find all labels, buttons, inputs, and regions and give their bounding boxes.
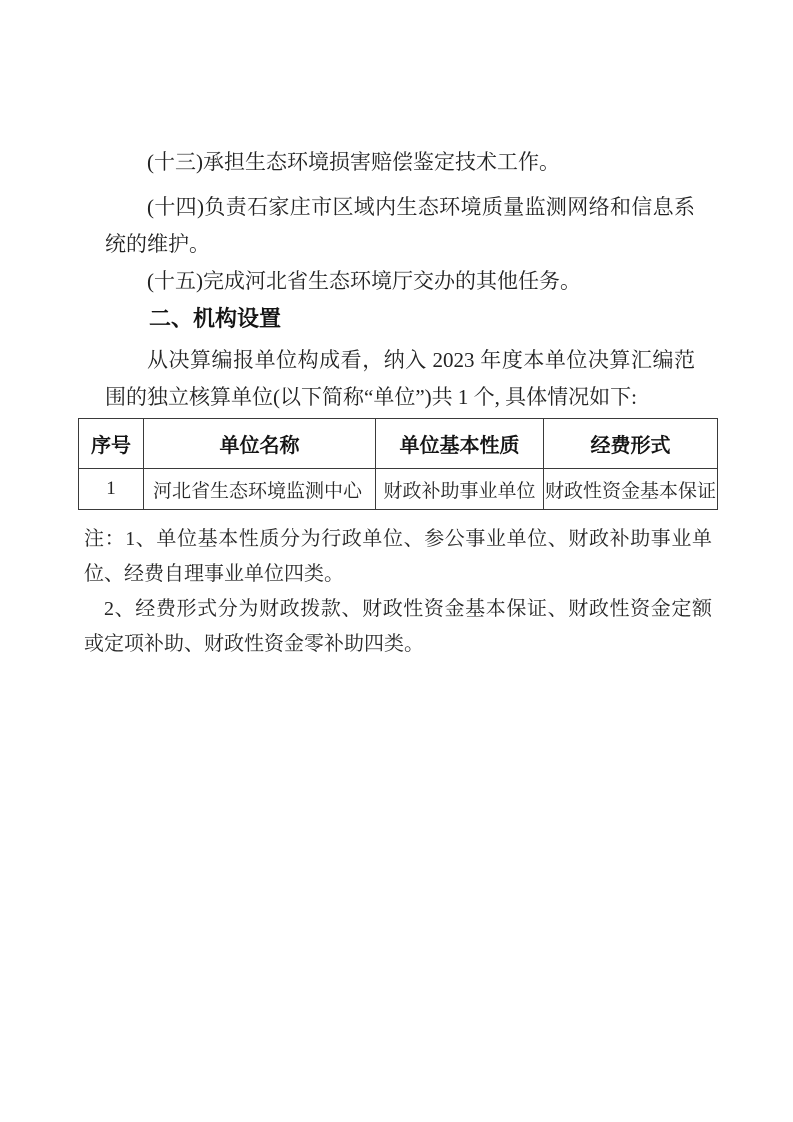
intro-paragraph: 从决算编报单位构成看，纳入 2023 年度本单位决算汇编范围的独立核算单位(以下…: [105, 342, 695, 416]
table-header-seq: 序号: [79, 419, 144, 469]
paragraph-item-13: (十三)承担生态环境损害赔偿鉴定技术工作。: [105, 144, 695, 181]
document-content: (十三)承担生态环境损害赔偿鉴定技术工作。 (十四)负责石家庄市区域内生态环境质…: [105, 144, 695, 662]
note-2: 2、经费形式分为财政拨款、财政性资金基本保证、财政性资金定额或定项补助、财政性资…: [84, 592, 712, 662]
table-notes: 注：1、单位基本性质分为行政单位、参公事业单位、财政补助事业单位、经费自理事业单…: [84, 522, 712, 662]
table-header-row: 序号 单位名称 单位基本性质 经费形式: [79, 419, 718, 469]
paragraph-item-15: (十五)完成河北省生态环境厅交办的其他任务。: [105, 263, 695, 300]
paragraph-item-14: (十四)负责石家庄市区域内生态环境质量监测网络和信息系统的维护。: [105, 189, 695, 263]
table-cell-funding-form: 财政性资金基本保证: [544, 469, 718, 510]
table-row: 1 河北省生态环境监测中心 财政补助事业单位 财政性资金基本保证: [79, 469, 718, 510]
table-cell-unit-name: 河北省生态环境监测中心: [144, 469, 376, 510]
table-header-funding-form: 经费形式: [544, 419, 718, 469]
table-cell-seq: 1: [79, 469, 144, 510]
section-heading-org-setup: 二、机构设置: [105, 300, 695, 337]
units-table: 序号 单位名称 单位基本性质 经费形式 1 河北省生态环境监测中心 财政补助事业…: [78, 418, 718, 510]
table-header-unit-nature: 单位基本性质: [376, 419, 544, 469]
table-header-unit-name: 单位名称: [144, 419, 376, 469]
note-1: 注：1、单位基本性质分为行政单位、参公事业单位、财政补助事业单位、经费自理事业单…: [84, 522, 712, 592]
table-cell-unit-nature: 财政补助事业单位: [376, 469, 544, 510]
document-page: (十三)承担生态环境损害赔偿鉴定技术工作。 (十四)负责石家庄市区域内生态环境质…: [0, 0, 793, 1122]
